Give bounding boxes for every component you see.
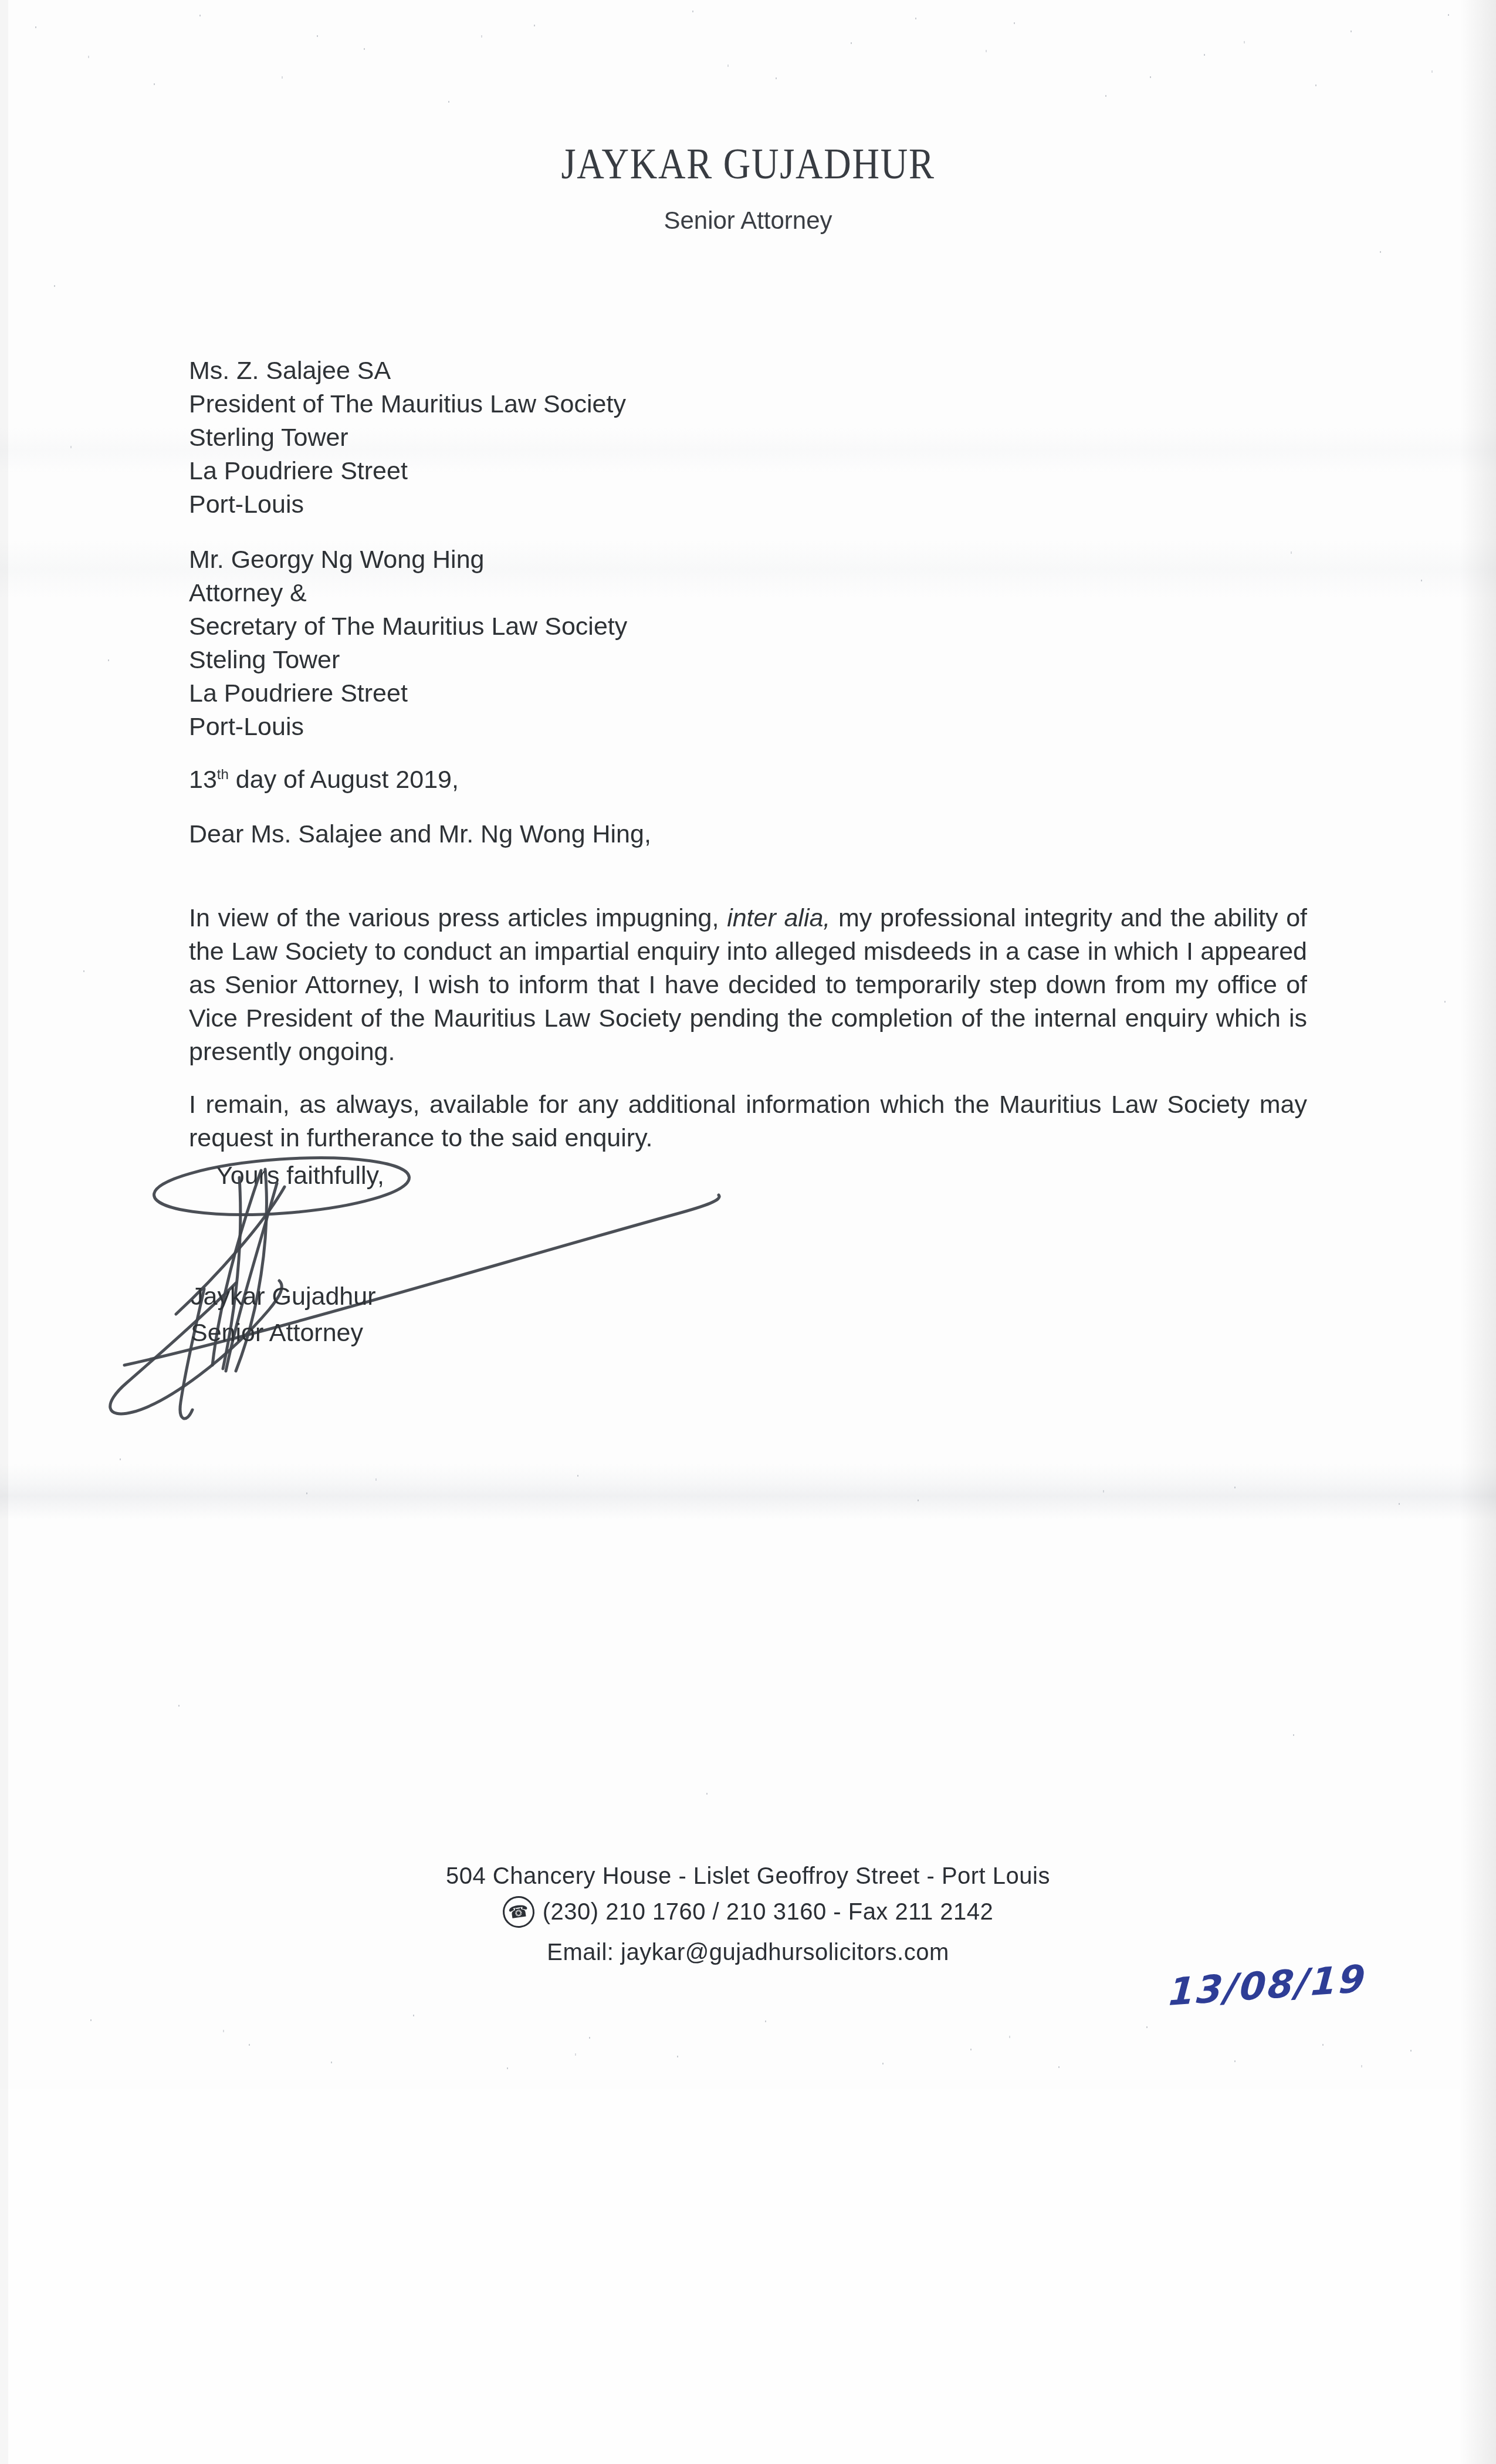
- salutation: Dear Ms. Salajee and Mr. Ng Wong Hing,: [189, 818, 651, 851]
- scanned-letter-page: JAYKAR GUJADHUR Senior Attorney Ms. Z. S…: [0, 0, 1496, 2464]
- signer-title: Senior Attorney: [191, 1319, 363, 1348]
- signer-name: Jaykar Gujadhur: [191, 1282, 376, 1311]
- date-rest: day of August 2019,: [229, 766, 459, 794]
- recipient-line: Port-Louis: [189, 710, 627, 744]
- recipient-line: Ms. Z. Salajee SA: [189, 354, 626, 388]
- telephone-icon: ☎: [500, 1894, 536, 1930]
- italic-phrase: inter alia,: [727, 904, 830, 932]
- recipient-line: Secretary of The Mauritius Law Society: [189, 610, 627, 644]
- recipient-line: La Poudriere Street: [189, 677, 627, 710]
- recipient-block-1: Ms. Z. Salajee SA President of The Mauri…: [189, 354, 626, 522]
- footer-address: 504 Chancery House - Lislet Geoffroy Str…: [0, 1863, 1496, 1890]
- paragraph-text: In view of the various press articles im…: [189, 904, 727, 932]
- scan-edge-shadow: [0, 0, 8, 2464]
- recipient-line: Mr. Georgy Ng Wong Hing: [189, 543, 627, 577]
- scan-bottom-margin: [0, 2089, 1460, 2464]
- recipient-block-2: Mr. Georgy Ng Wong Hing Attorney & Secre…: [189, 543, 627, 744]
- recipient-line: President of The Mauritius Law Society: [189, 388, 626, 421]
- body-paragraph-1: In view of the various press articles im…: [189, 902, 1307, 1069]
- footer-phone-line: ☎ (230) 210 1760 / 210 3160 - Fax 211 21…: [0, 1896, 1496, 1928]
- date-ordinal-superscript: th: [217, 767, 229, 783]
- date-day: 13: [189, 766, 217, 794]
- recipient-line: Sterling Tower: [189, 421, 626, 455]
- recipient-line: Attorney &: [189, 577, 627, 610]
- date-line: 13th day of August 2019,: [189, 758, 459, 797]
- recipient-line: Port-Louis: [189, 488, 626, 522]
- recipient-line: Steling Tower: [189, 644, 627, 677]
- scan-edge-shadow: [1460, 0, 1496, 2464]
- footer-phone-numbers: (230) 210 1760 / 210 3160 - Fax 211 2142: [543, 1899, 994, 1925]
- telephone-glyph: ☎: [507, 1903, 530, 1922]
- handwritten-signature: [82, 1135, 786, 1440]
- recipient-line: La Poudriere Street: [189, 455, 626, 488]
- footer-email: Email: jaykar@gujadhursolicitors.com: [0, 1940, 1496, 1966]
- letterhead-name: JAYKAR GUJADHUR: [97, 140, 1399, 189]
- scan-fold-artifact: [0, 1464, 1496, 1519]
- letterhead-subtitle: Senior Attorney: [0, 207, 1496, 235]
